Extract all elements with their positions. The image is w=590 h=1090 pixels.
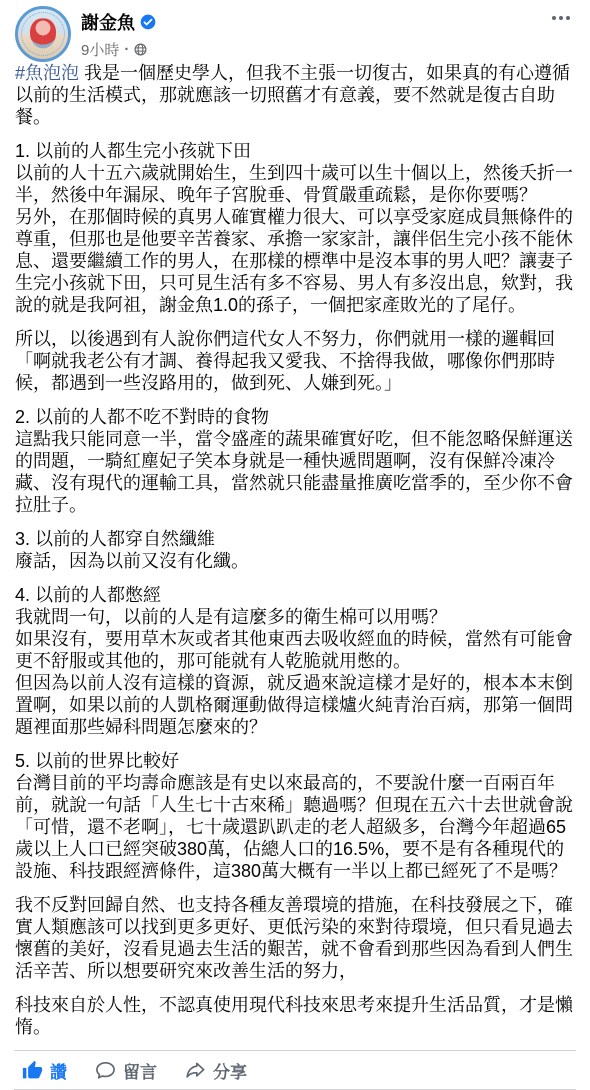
post-paragraphs: 1. 以前的人都生完小孩就下田 以前的人十五六歲就開始生，生到四十歲可以生十個以… <box>15 140 575 1038</box>
post-paragraph: 5. 以前的世界比較好 台灣目前的平均壽命應該是有史以來最高的，不要說什麼一百兩… <box>15 750 575 882</box>
verified-badge-icon <box>140 14 156 30</box>
avatar[interactable] <box>15 6 71 62</box>
share-label: 分享 <box>213 1058 247 1083</box>
meta-separator: · <box>124 41 129 58</box>
intro-text: 我是一個歷史學人，但我不主張一切復古，如果真的有心遵循以前的生活模式，那就應該一… <box>15 63 570 127</box>
dot-icon <box>566 16 570 20</box>
dot-icon <box>552 16 556 20</box>
name-row: 謝金魚 <box>81 9 546 35</box>
post-meta: 9小時 · <box>81 39 546 60</box>
like-button[interactable]: 讚 <box>8 1051 81 1090</box>
hashtag-link[interactable]: #魚泡泡 <box>15 63 79 83</box>
post-paragraph: 3. 以前的人都穿自然纖維 廢話，因為以前又沒有化纖。 <box>15 528 575 572</box>
like-label: 讚 <box>50 1058 67 1083</box>
header-text: 謝金魚 9小時 · <box>81 6 546 60</box>
share-button[interactable]: 分享 <box>171 1051 261 1090</box>
share-arrow-icon <box>185 1060 206 1081</box>
post-paragraph: 所以，以後遇到有人說你們這代女人不努力，你們就用一樣的邏輯回「啊就我老公有才調、… <box>15 328 575 394</box>
post-header: 謝金魚 9小時 · <box>0 0 590 62</box>
post-paragraph: 科技來自於人性，不認真使用現代科技來思考來提升生活品質，才是懶惰。 <box>15 994 575 1038</box>
timestamp[interactable]: 9小時 <box>81 39 119 60</box>
thumbs-up-icon <box>22 1060 43 1081</box>
post-intro-paragraph: #魚泡泡 我是一個歷史學人，但我不主張一切復古，如果真的有心遵循以前的生活模式，… <box>15 62 575 128</box>
action-bar: 讚 留言 分享 <box>0 1051 590 1089</box>
facebook-post-card: 謝金魚 9小時 · <box>0 0 590 1090</box>
comment-button[interactable]: 留言 <box>81 1051 171 1090</box>
comment-label: 留言 <box>123 1058 157 1083</box>
post-paragraph: 我不反對回歸自然、也支持各種友善環境的措施，在科技發展之下，確實人類應該可以找到… <box>15 894 575 982</box>
dot-icon <box>559 16 563 20</box>
post-paragraph: 1. 以前的人都生完小孩就下田 以前的人十五六歲就開始生，生到四十歲可以生十個以… <box>15 140 575 316</box>
post-paragraph: 4. 以前的人都憋經 我就問一句，以前的人是有這麼多的衛生棉可以用嗎？ 如果沒有… <box>15 584 575 738</box>
post-paragraph: 2. 以前的人都不吃不對時的食物 這點我只能同意一半，當令盛產的蔬果確實好吃，但… <box>15 406 575 516</box>
globe-privacy-icon <box>134 43 147 56</box>
more-options-button[interactable] <box>546 6 576 30</box>
author-name[interactable]: 謝金魚 <box>81 9 135 35</box>
comment-bubble-icon <box>95 1060 116 1081</box>
post-body: #魚泡泡 我是一個歷史學人，但我不主張一切復古，如果真的有心遵循以前的生活模式，… <box>0 62 590 1050</box>
